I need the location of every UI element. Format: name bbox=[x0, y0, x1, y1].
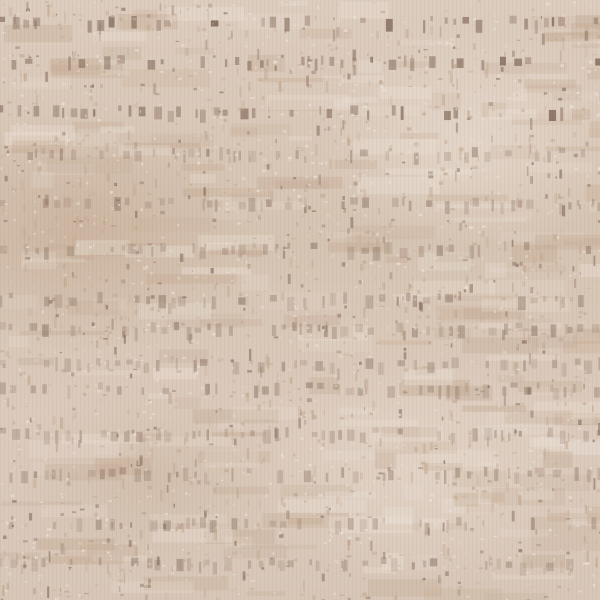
fiber-grain-overlay bbox=[0, 0, 600, 600]
rug-texture-photo bbox=[0, 0, 600, 600]
